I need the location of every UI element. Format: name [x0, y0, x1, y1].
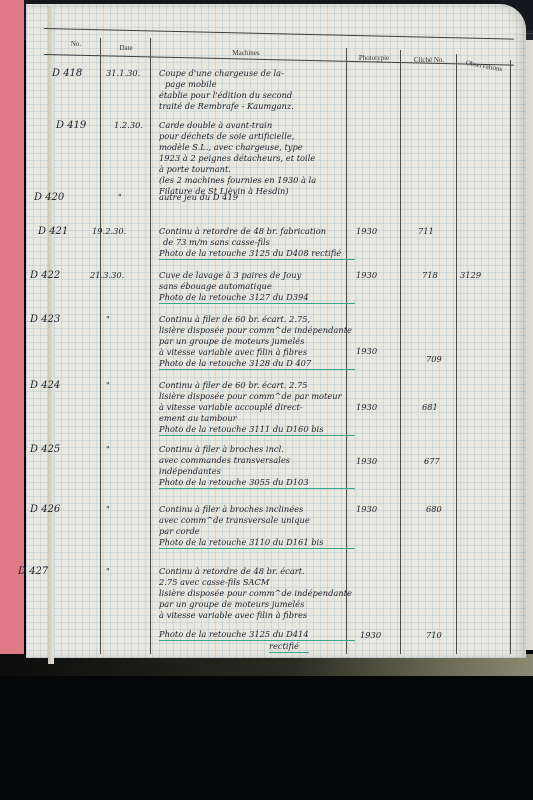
- entry-date: ": [106, 380, 110, 391]
- entry-number: D 424: [30, 380, 60, 391]
- entry-cliche-number: 710: [426, 630, 442, 641]
- entry-number: D 420: [34, 192, 64, 203]
- entry-machine-description: Continu à retordre de 48 br. fabrication…: [159, 226, 355, 260]
- column-divider: [150, 38, 151, 654]
- entry-phototypie: 1930: [356, 270, 377, 281]
- entry-date: ": [106, 314, 110, 325]
- entry-number: D 419: [56, 120, 86, 131]
- entry-phototypie: 1930: [360, 630, 381, 641]
- entry-cliche-number: 677: [424, 456, 440, 467]
- header-cliche-no: Cliché No.: [402, 56, 456, 64]
- header-phototypie: Phototypie: [348, 54, 400, 62]
- photo-retouch-note: Photo de la retouche 3125 du D408 rectif…: [159, 248, 355, 260]
- entry-machine-description: Continu à filer à broches inclinées avec…: [159, 504, 355, 549]
- column-divider: [100, 38, 101, 654]
- photo-retouch-note: Photo de la retouche 3125 du D414: [159, 629, 355, 641]
- header-date: Date: [106, 44, 146, 52]
- entry-number: D 425: [30, 444, 60, 455]
- entry-machine-description: Carde double à avant-train pour déchets …: [159, 120, 355, 197]
- entry-phototypie: 1930: [356, 456, 377, 467]
- entry-number: D 423: [30, 314, 60, 325]
- entry-machine-description: autre jeu du D 419: [159, 192, 355, 203]
- entry-machine-description: Cuve de lavage à 3 paires de Jouy sans é…: [159, 270, 355, 304]
- header-no: No.: [56, 40, 96, 48]
- entry-number: D 426: [30, 504, 60, 515]
- entry-cliche-number: 681: [422, 402, 438, 413]
- column-divider: [510, 60, 511, 654]
- entry-cliche-number: 711: [418, 226, 434, 237]
- entry-phototypie: 1930: [356, 402, 377, 413]
- entry-phototypie: 1930: [356, 346, 377, 357]
- ledger-cover: [0, 0, 24, 660]
- entry-machine-description: Coupe d'une chargeuse de la- page mobile…: [159, 68, 355, 112]
- column-divider: [456, 54, 457, 654]
- entry-machine-description: Continu à filer à broches incl. avec com…: [159, 444, 355, 489]
- entry-number: D 422: [30, 270, 60, 281]
- photo-retouch-note: Photo de la retouche 3110 du D161 bis: [159, 537, 355, 549]
- entry-number: D 418: [52, 68, 82, 79]
- entry-date: ": [106, 566, 110, 577]
- column-divider: [400, 50, 401, 654]
- photo-retouch-note: Photo de la retouche 3111 du D160 bis: [159, 424, 355, 436]
- entry-date: 19.2.30.: [92, 226, 126, 237]
- photo-retouch-note: Photo de la retouche 3127 du D394: [159, 292, 355, 304]
- entry-date: ": [106, 444, 110, 455]
- entry-phototypie: 1930: [356, 226, 377, 237]
- entry-observation: 3129: [460, 270, 481, 281]
- header-top-rule: [44, 28, 514, 40]
- entry-date: ": [118, 192, 122, 203]
- entry-date: 21.3.30.: [90, 270, 124, 281]
- entry-machine-description: Continu à filer de 60 br. écart. 2.75, l…: [159, 314, 355, 370]
- entry-cliche-number: 709: [426, 354, 442, 365]
- rectified-note: rectifié: [269, 641, 309, 653]
- ledger-page: No. Date Machines Phototypie Cliché No. …: [26, 4, 526, 658]
- photo-retouch-note: Photo de la retouche 3128 du D 407: [159, 358, 355, 370]
- entry-date: ": [106, 504, 110, 515]
- entry-cliche-number: 718: [422, 270, 438, 281]
- entry-number: D 421: [38, 226, 68, 237]
- photo-retouch-note: Photo de la retouche 3055 du D103: [159, 477, 355, 489]
- entry-machine-description: Continu à filer de 60 br. écart. 2.75 li…: [159, 380, 355, 436]
- entry-date: 1.2.30.: [114, 120, 143, 131]
- header-observations: Observations: [458, 58, 511, 75]
- header-machines: Machines: [206, 49, 286, 57]
- entry-number: D 427: [18, 566, 48, 577]
- entry-cliche-number: 680: [426, 504, 442, 515]
- entry-date: 31.1.30.: [106, 68, 140, 79]
- entry-phototypie: 1930: [356, 504, 377, 515]
- entry-machine-description: Continu à retordre de 48 br. écart. 2.75…: [159, 566, 355, 653]
